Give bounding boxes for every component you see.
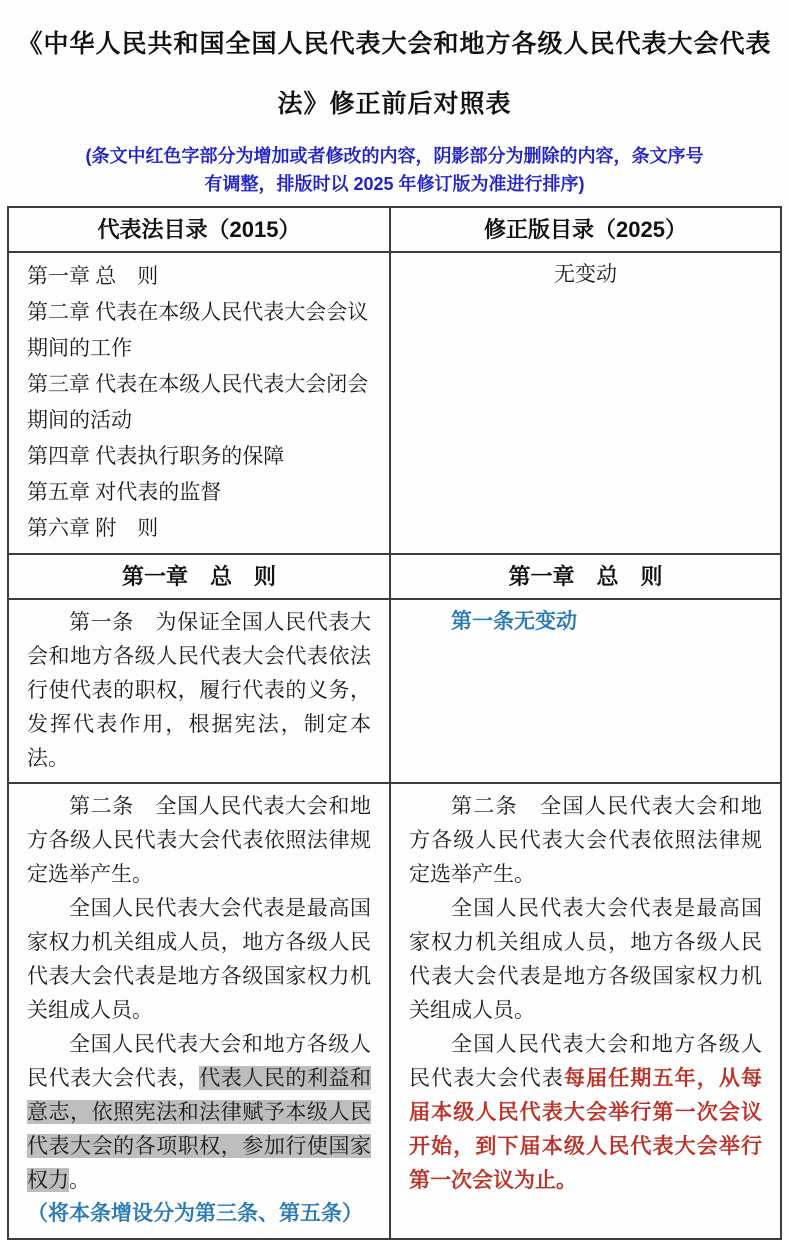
chapter1-heading-row: 第一章 总 则 第一章 总 则 — [8, 554, 781, 599]
article1-text: 第一条 为保证全国人民代表大会和地方各级人民代表大会代表依法行使代表的职权，履行… — [27, 605, 371, 775]
chapter1-heading-2025: 第一章 总 则 — [390, 554, 781, 599]
article1-no-change-note: 第一条无变动 — [409, 605, 762, 639]
toc-chapter-1: 第一章 总 则 — [27, 258, 371, 294]
article2-renumber-note: （将本条增设分为第三条、第五条） — [27, 1197, 371, 1231]
column-header-2015: 代表法目录（2015） — [8, 207, 390, 252]
toc-cell-2025-no-change: 无变动 — [390, 252, 781, 554]
column-header-2025: 修正版目录（2025） — [390, 207, 781, 252]
page-title-line2: 法》修正前后对照表 — [277, 90, 511, 118]
toc-chapter-5: 第五章 对代表的监督 — [27, 474, 371, 510]
page-title: 《中华人民共和国全国人民代表大会和地方各级人民代表大会代表法》修正前后对照表 — [0, 14, 789, 134]
article2-2025-paragraph1: 第二条 全国人民代表大会和地方各级人民代表大会代表依照法律规定选举产生。 — [409, 789, 762, 891]
page-title-line1: 《中华人民共和国全国人民代表大会和地方各级人民代表大会代表 — [17, 30, 771, 58]
article1-cell-2015: 第一条 为保证全国人民代表大会和地方各级人民代表大会代表依法行使代表的职权，履行… — [8, 599, 390, 783]
document-page: 《中华人民共和国全国人民代表大会和地方各级人民代表大会代表法》修正前后对照表 (… — [0, 0, 789, 1240]
toc-chapter-6: 第六章 附 则 — [27, 510, 371, 546]
toc-chapter-4: 第四章 代表执行职务的保障 — [27, 438, 371, 474]
toc-cell-2015: 第一章 总 则 第二章 代表在本级人民代表大会会议期间的工作 第三章 代表在本级… — [8, 252, 390, 554]
article2-2025-paragraph3: 全国人民代表大会和地方各级人民代表大会代表每届任期五年，从每届本级人民代表大会举… — [409, 1027, 762, 1197]
toc-chapter-3: 第三章 代表在本级人民代表大会闭会期间的活动 — [27, 366, 371, 438]
toc-chapter-2: 第二章 代表在本级人民代表大会会议期间的工作 — [27, 294, 371, 366]
article1-cell-2025: 第一条无变动 — [390, 599, 781, 783]
chapter1-heading-2015: 第一章 总 则 — [8, 554, 390, 599]
article2-2015-paragraph3: 全国人民代表大会和地方各级人民代表大会代表，代表人民的利益和意志，依照宪法和法律… — [27, 1027, 371, 1197]
article2-cell-2015: 第二条 全国人民代表大会和地方各级人民代表大会代表依照法律规定选举产生。 全国人… — [8, 783, 390, 1239]
article2-2025-paragraph2: 全国人民代表大会代表是最高国家权力机关组成人员，地方各级人民代表大会代表是地方各… — [409, 891, 762, 1027]
legend-note: (条文中红色字部分为增加或者修改的内容，阴影部分为删除的内容，条文序号有调整，排… — [0, 142, 789, 198]
comparison-table: 代表法目录（2015） 修正版目录（2025） 第一章 总 则 第二章 代表在本… — [7, 206, 782, 1240]
article2-2015-paragraph3-period: 。 — [69, 1168, 90, 1192]
article2-2015-paragraph1: 第二条 全国人民代表大会和地方各级人民代表大会代表依照法律规定选举产生。 — [27, 789, 371, 891]
toc-row: 第一章 总 则 第二章 代表在本级人民代表大会会议期间的工作 第三章 代表在本级… — [8, 252, 781, 554]
article2-row: 第二条 全国人民代表大会和地方各级人民代表大会代表依照法律规定选举产生。 全国人… — [8, 783, 781, 1239]
article2-2015-paragraph2: 全国人民代表大会代表是最高国家权力机关组成人员，地方各级人民代表大会代表是地方各… — [27, 891, 371, 1027]
article2-cell-2025: 第二条 全国人民代表大会和地方各级人民代表大会代表依照法律规定选举产生。 全国人… — [390, 783, 781, 1239]
article1-row: 第一条 为保证全国人民代表大会和地方各级人民代表大会代表依法行使代表的职权，履行… — [8, 599, 781, 783]
legend-note-line1: (条文中红色字部分为增加或者修改的内容，阴影部分为删除的内容，条文序号 — [86, 146, 704, 166]
table-header-row: 代表法目录（2015） 修正版目录（2025） — [8, 207, 781, 252]
legend-note-line2: 有调整，排版时以 2025 年修订版为准进行排序) — [204, 174, 584, 194]
